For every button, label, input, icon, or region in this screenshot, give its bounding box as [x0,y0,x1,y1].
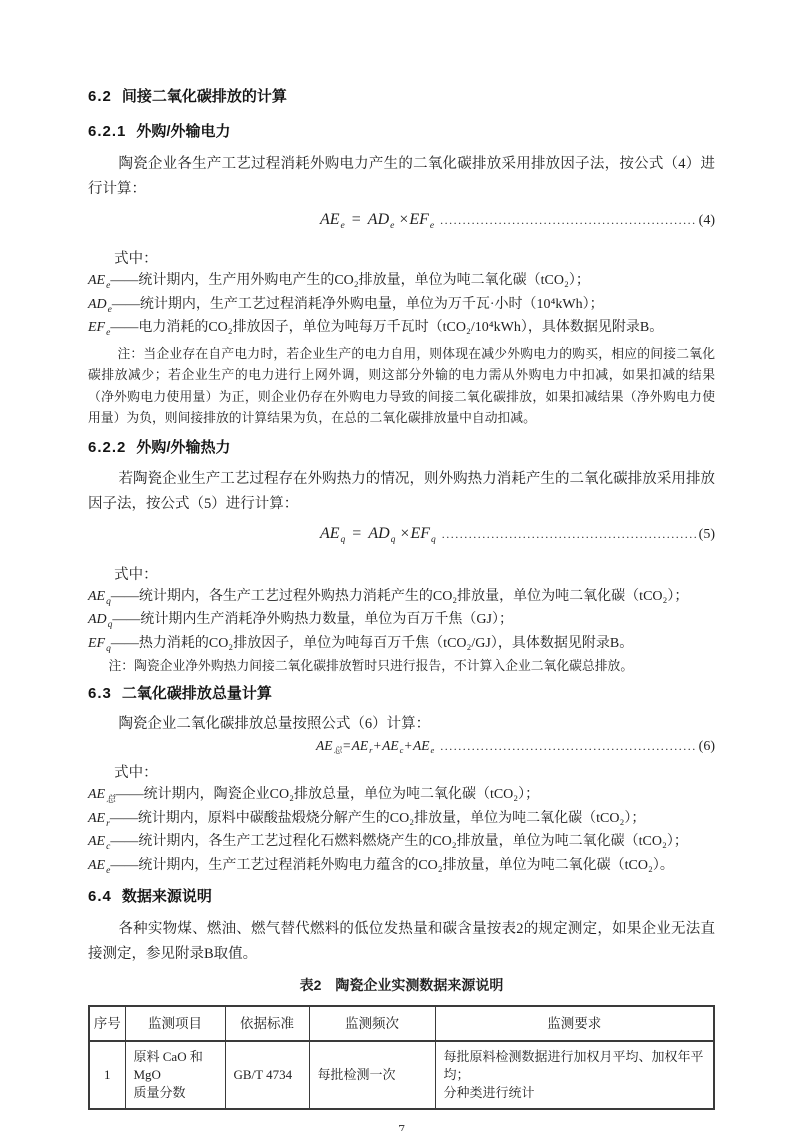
term-variable: AEe [88,858,110,873]
cell-frequency: 每批检测一次 [309,1041,435,1109]
header-cell-requirement: 监测要求 [435,1006,714,1041]
paragraph-6-3: 陶瓷企业二氧化碳排放总量按照公式（6）计算： [88,713,715,736]
formula-variable: AEe [320,211,345,228]
heading-6-2-2: 6.2.2外购/外输热力 [88,439,715,457]
dot-leader: ........................................… [440,739,696,754]
paragraph-6-2-2: 若陶瓷企业生产工艺过程存在外购热力的情况，则外购热力消耗产生的二氧化碳排放采用排… [88,467,715,517]
plus-sign: + [404,738,412,753]
formula-variable: AEe [413,738,434,753]
term-description: ——统计期内，生产工艺过程消耗净外购电量，单位为万千瓦·小时（10⁴kWh）； [112,297,604,312]
term-variable: EFe [88,320,110,335]
where-label: 式中： [88,762,715,784]
formula-variable: AEq [320,525,345,542]
term-description: ——统计期内，生产用外购电产生的CO₂排放量，单位为吨二氧化碳（tCO₂）； [110,273,590,288]
term-variable: AEc [88,834,110,849]
formula-5-expression: AEq=ADq×EFq [320,525,436,543]
term-definition: AEr——统计期内，原料中碳酸盐煅烧分解产生的CO₂排放量，单位为吨二氧化碳（t… [88,808,715,832]
term-definition: EFq——热力消耗的CO₂排放因子，单位为吨每百万千焦（tCO₂/GJ），具体数… [88,633,715,657]
formula-number: (4) [699,213,715,229]
formula-6-expression: AE总=AEr+AEc+AEe [316,738,434,754]
heading-title: 外购/外输电力 [136,123,230,140]
formula-variable: ADe [368,211,395,228]
formula-5: AEq=ADq×EFq ............................… [88,525,715,551]
term-variable: ADq [88,612,112,627]
formula-4-expression: AEe=ADe×EFe [320,211,434,229]
heading-6-3: 6.3二氧化碳排放总量计算 [88,685,715,703]
heading-number: 6.2.1 [88,123,126,140]
heading-title: 二氧化碳排放总量计算 [122,685,272,702]
formula-variable: AE总 [316,738,342,753]
term-definition: AEc——统计期内，各生产工艺过程化石燃料燃烧产生的CO₂排放量，单位为吨二氧化… [88,831,715,855]
heading-title: 数据来源说明 [122,888,212,905]
cell-standard: GB/T 4734 [225,1041,309,1109]
header-cell-frequency: 监测频次 [309,1006,435,1041]
formula-variable: AEc [382,738,403,753]
heading-title: 外购/外输热力 [136,439,230,456]
dot-leader: ........................................… [442,527,697,542]
term-variable: EFq [88,636,111,651]
table2: 序号 监测项目 依据标准 监测频次 监测要求 1 原料 CaO 和 MgO 质量… [88,1005,715,1110]
where-label: 式中： [88,564,715,586]
paragraph-6-4: 各种实物煤、燃油、燃气替代燃料的低位发热量和碳含量按表2的规定测定，如果企业无法… [88,917,715,967]
heading-title: 间接二氧化碳排放的计算 [122,88,287,105]
formula-variable: EFq [410,525,435,542]
term-description: ——统计期内，生产工艺过程消耗外购电力蕴含的CO₂排放量，单位为吨二氧化碳（tC… [110,858,674,873]
term-definition: EFe——电力消耗的CO₂排放因子，单位为吨每万千瓦时（tCO₂/10⁴kWh）… [88,317,715,341]
equals-sign: = [352,211,361,228]
formula-6: AE总=AEr+AEc+AEe ........................… [88,738,715,760]
heading-number: 6.2.2 [88,439,126,456]
times-sign: × [399,211,408,228]
note-6-2-1: 注：当企业存在自产电力时，若企业生产的电力自用，则体现在减少外购电力的购买，相应… [88,344,715,430]
term-definition: AEe——统计期内，生产用外购电产生的CO₂排放量，单位为吨二氧化碳（tCO₂）… [88,270,715,294]
document-page: 6.2间接二氧化碳排放的计算 6.2.1外购/外输电力 陶瓷企业各生产工艺过程消… [0,0,800,1131]
term-variable: AEq [88,589,111,604]
term-definition: AE总——统计期内，陶瓷企业CO₂排放总量，单位为吨二氧化碳（tCO₂）； [88,784,715,808]
heading-6-2-1: 6.2.1外购/外输电力 [88,123,715,141]
formula-variable: AEr [352,738,373,753]
term-variable: ADe [88,297,112,312]
term-variable: AE总 [88,787,116,802]
formula-number: (5) [699,527,715,543]
term-definition: AEq——统计期内，各生产工艺过程外购热力消耗产生的CO₂排放量，单位为吨二氧化… [88,586,715,610]
header-cell-index: 序号 [89,1006,125,1041]
formula-variable: EFe [409,211,434,228]
term-description: ——统计期内，各生产工艺过程外购热力消耗产生的CO₂排放量，单位为吨二氧化碳（t… [111,589,689,604]
page-number: 7 [88,1122,715,1131]
cell-item: 原料 CaO 和 MgO 质量分数 [125,1041,225,1109]
paragraph-6-2-1: 陶瓷企业各生产工艺过程消耗外购电力产生的二氧化碳排放采用排放因子法，按公式（4）… [88,152,715,202]
times-sign: × [400,525,409,542]
heading-number: 6.4 [88,888,112,905]
heading-number: 6.3 [88,685,112,702]
term-definition: ADe——统计期内，生产工艺过程消耗净外购电量，单位为万千瓦·小时（10⁴kWh… [88,294,715,318]
equals-sign: = [343,738,351,753]
heading-6-2: 6.2间接二氧化碳排放的计算 [88,88,715,106]
heading-number: 6.2 [88,88,112,105]
table2-header-row: 序号 监测项目 依据标准 监测频次 监测要求 [89,1006,714,1041]
formula-number: (6) [699,739,715,755]
where-label: 式中： [88,248,715,270]
table-row: 1 原料 CaO 和 MgO 质量分数 GB/T 4734 每批检测一次 每批原… [89,1041,714,1109]
equals-sign: = [352,525,361,542]
header-cell-item: 监测项目 [125,1006,225,1041]
table2-caption: 表2 陶瓷企业实测数据来源说明 [88,976,715,994]
cell-index: 1 [89,1041,125,1109]
heading-6-4: 6.4数据来源说明 [88,888,715,906]
term-definition: AEe——统计期内，生产工艺过程消耗外购电力蕴含的CO₂排放量，单位为吨二氧化碳… [88,855,715,879]
term-description: ——统计期内生产消耗净外购热力数量，单位为百万千焦（GJ）； [112,612,513,627]
term-description: ——电力消耗的CO₂排放因子，单位为吨每万千瓦时（tCO₂/10⁴kWh），具体… [110,320,663,335]
header-cell-standard: 依据标准 [225,1006,309,1041]
term-description: ——统计期内，原料中碳酸盐煅烧分解产生的CO₂排放量，单位为吨二氧化碳（tCO₂… [110,811,646,826]
term-variable: AEe [88,273,110,288]
formula-variable: ADq [368,525,395,542]
term-description: ——统计期内，陶瓷企业CO₂排放总量，单位为吨二氧化碳（tCO₂）； [116,787,540,802]
formula-4: AEe=ADe×EFe ............................… [88,211,715,237]
dot-leader: ........................................… [440,213,697,228]
cell-requirement: 每批原料检测数据进行加权月平均、加权年平均； 分种类进行统计 [435,1041,714,1109]
note-6-2-2: 注：陶瓷企业净外购热力间接二氧化碳排放暂时只进行报告，不计算入企业二氧化碳总排放… [88,656,715,677]
plus-sign: + [373,738,381,753]
term-description: ——统计期内，各生产工艺过程化石燃料燃烧产生的CO₂排放量，单位为吨二氧化碳（t… [110,834,688,849]
term-definition: ADq——统计期内生产消耗净外购热力数量，单位为百万千焦（GJ）； [88,609,715,633]
term-description: ——热力消耗的CO₂排放因子，单位为吨每百万千焦（tCO₂/GJ），具体数据见附… [111,636,633,651]
term-variable: AEr [88,811,110,826]
